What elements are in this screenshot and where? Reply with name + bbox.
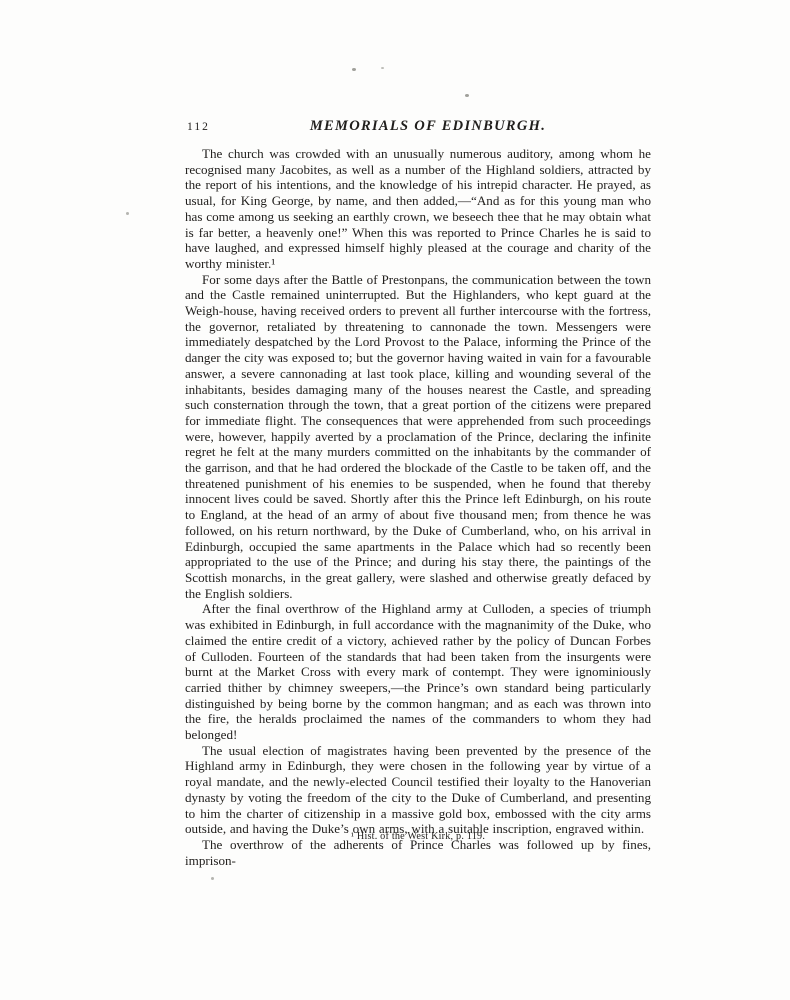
footnote: ¹ Hist. of the West Kirk, p. 119. [185,831,651,842]
running-title: MEMORIALS OF EDINBURGH. [205,118,651,135]
page-header: 112 MEMORIALS OF EDINBURGH. [185,118,651,138]
paragraph-1: The church was crowded with an unusually… [185,146,651,272]
text-block: The church was crowded with an unusually… [185,146,651,868]
scan-speck [381,67,384,69]
scan-speck [465,94,469,97]
paragraph-3: After the final overthrow of the Highlan… [185,601,651,742]
scan-speck [352,68,356,71]
paragraph-4: The usual election of magistrates having… [185,743,651,837]
scan-speck [211,877,214,880]
paragraph-2: For some days after the Battle of Presto… [185,272,651,602]
scan-speck [126,212,129,215]
